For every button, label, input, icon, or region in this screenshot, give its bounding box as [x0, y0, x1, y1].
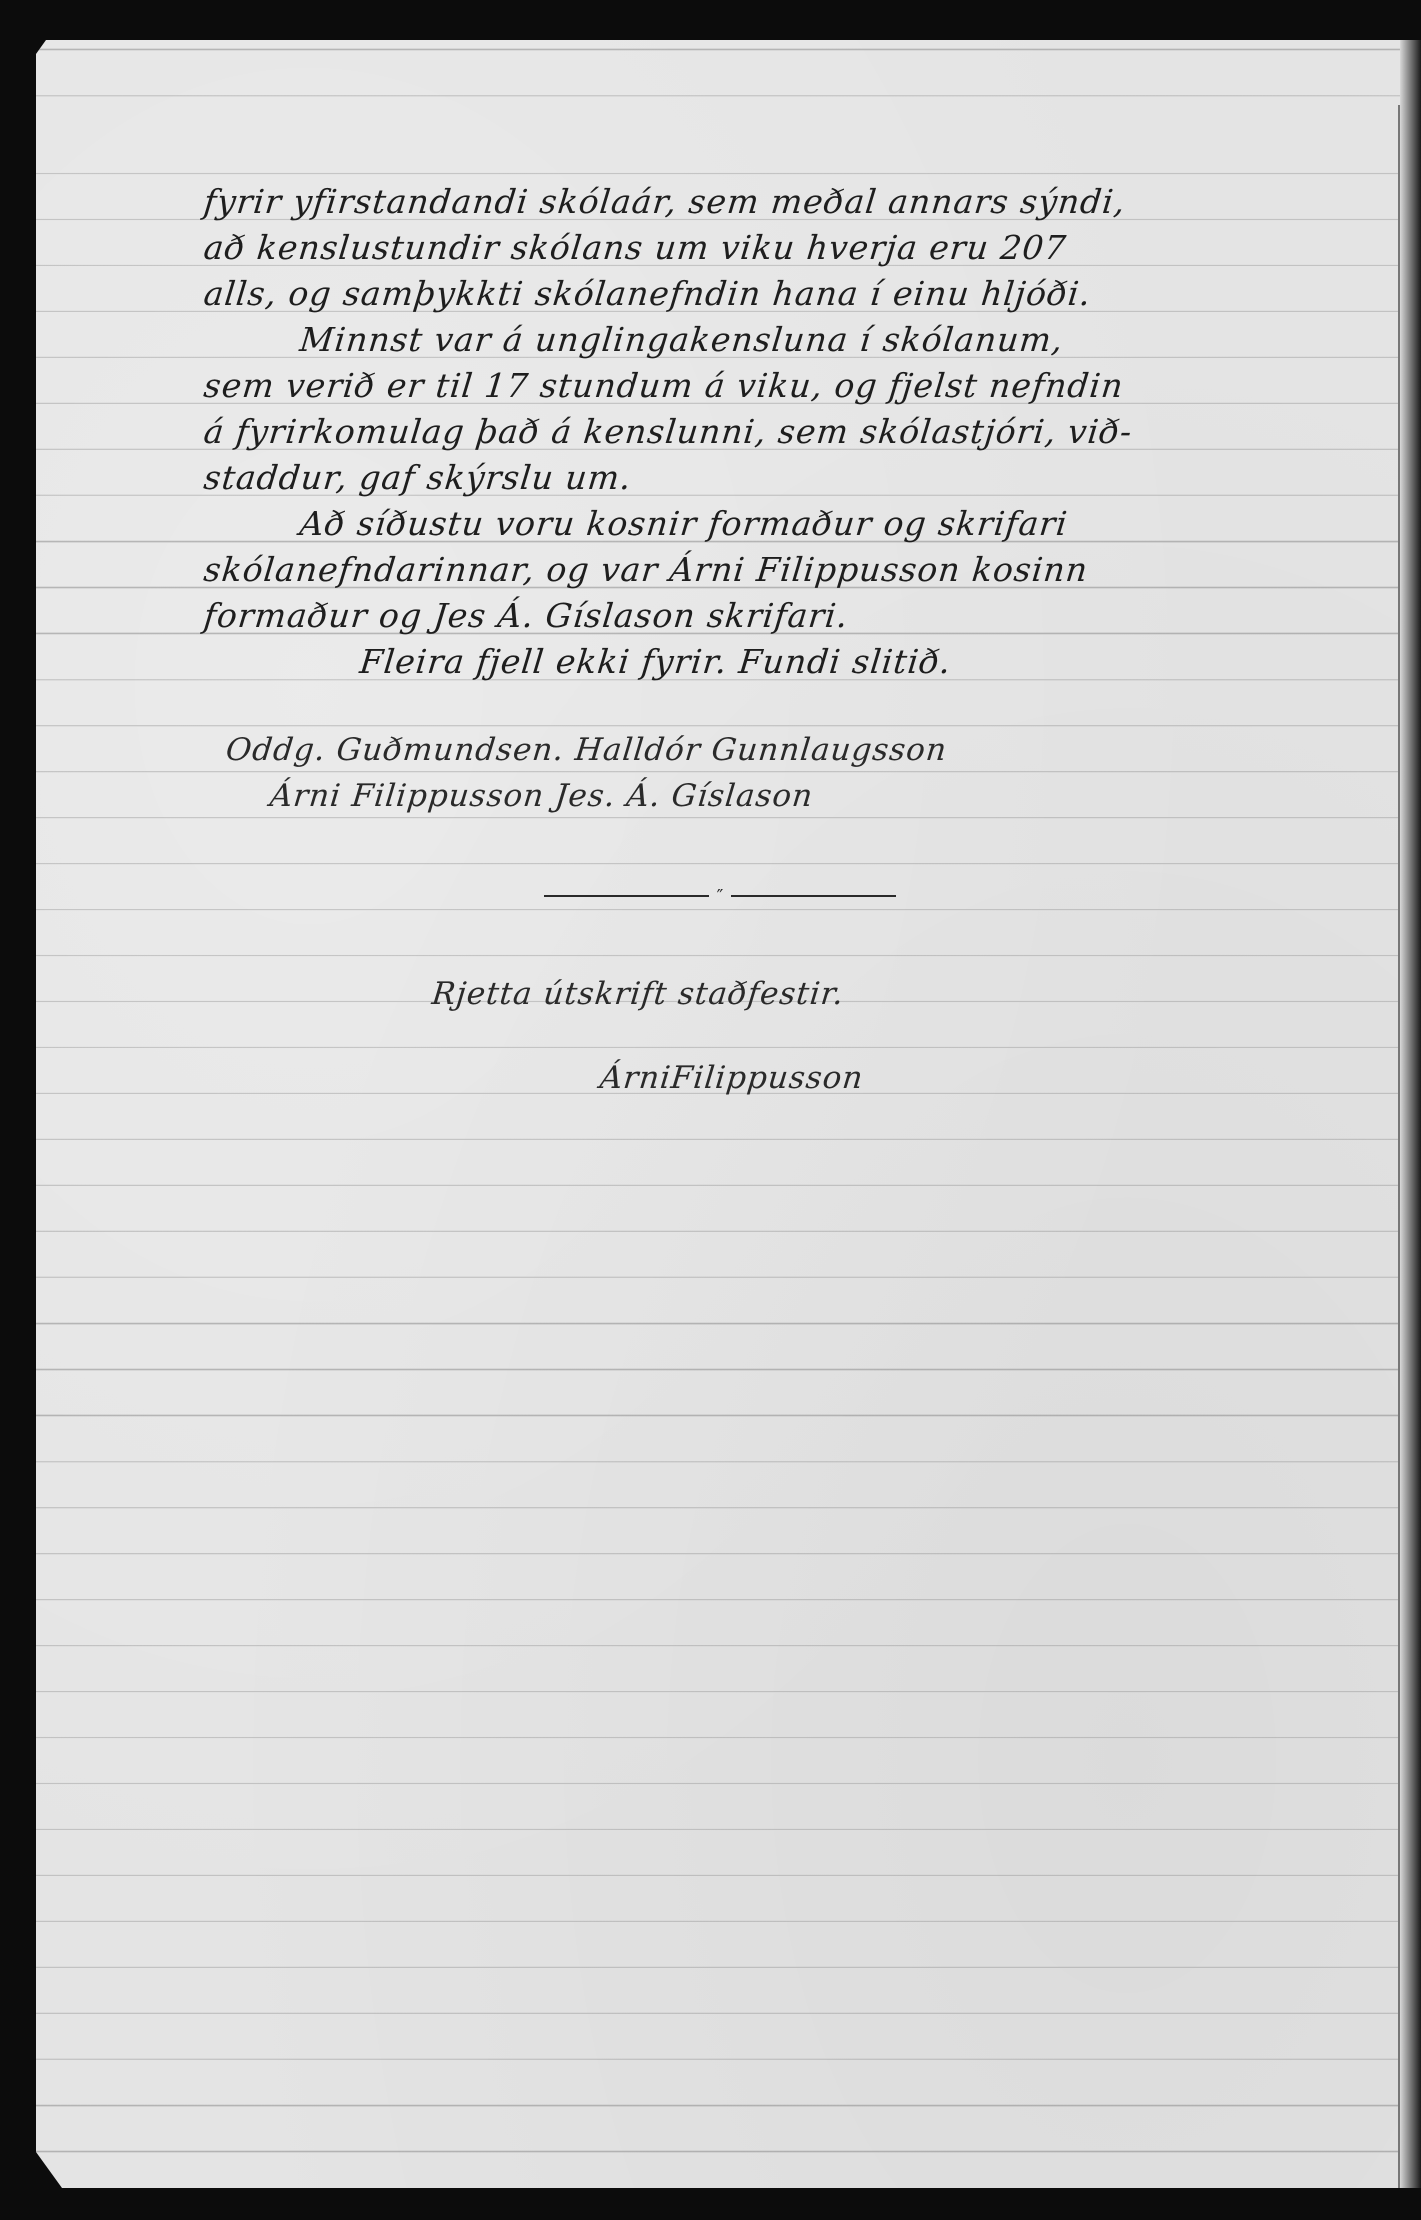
certification-text: Rjetta útskrift staðfestir.	[430, 976, 846, 1012]
signature-line-2: Árni Filippusson Jes. Á. Gíslason	[268, 778, 815, 814]
body-line-4: Minnst var á unglingakensluna í skólanum…	[298, 320, 1065, 359]
binding-edge	[1400, 40, 1421, 2188]
body-line-6: á fyrirkomulag það á kenslunni, sem skól…	[202, 412, 1134, 451]
divider-bar-left	[544, 895, 709, 897]
body-line-2: að kenslustundir skólans um viku hverja …	[202, 228, 1069, 267]
body-line-8: Að síðustu voru kosnir formaður og skrif…	[298, 504, 1070, 543]
body-line-7: staddur, gaf skýrslu um.	[202, 458, 634, 497]
body-line-10: formaður og Jes Á. Gíslason skrifari.	[202, 596, 850, 635]
ruled-lines	[36, 40, 1400, 2188]
body-line-1: fyrir yfirstandandi skólaár, sem meðal a…	[202, 182, 1128, 221]
ledger-page: fyrir yfirstandandi skólaár, sem meðal a…	[36, 40, 1400, 2188]
section-divider: ″	[544, 886, 896, 906]
signature-line-1: Oddg. Guðmundsen. Halldór Gunnlaugsson	[224, 732, 949, 768]
divider-bar-right	[731, 895, 896, 897]
body-line-5: sem verið er til 17 stundum á viku, og f…	[202, 366, 1126, 405]
body-line-3: alls, og samþykkti skólanefndin hana í e…	[202, 274, 1093, 313]
certification-signature: ÁrniFilippusson	[598, 1060, 865, 1096]
body-line-9: skólanefndarinnar, og var Árni Filippuss…	[202, 550, 1090, 589]
body-line-11: Fleira fjell ekki fyrir. Fundi slitið.	[358, 642, 953, 681]
divider-mark: ″	[717, 886, 724, 907]
